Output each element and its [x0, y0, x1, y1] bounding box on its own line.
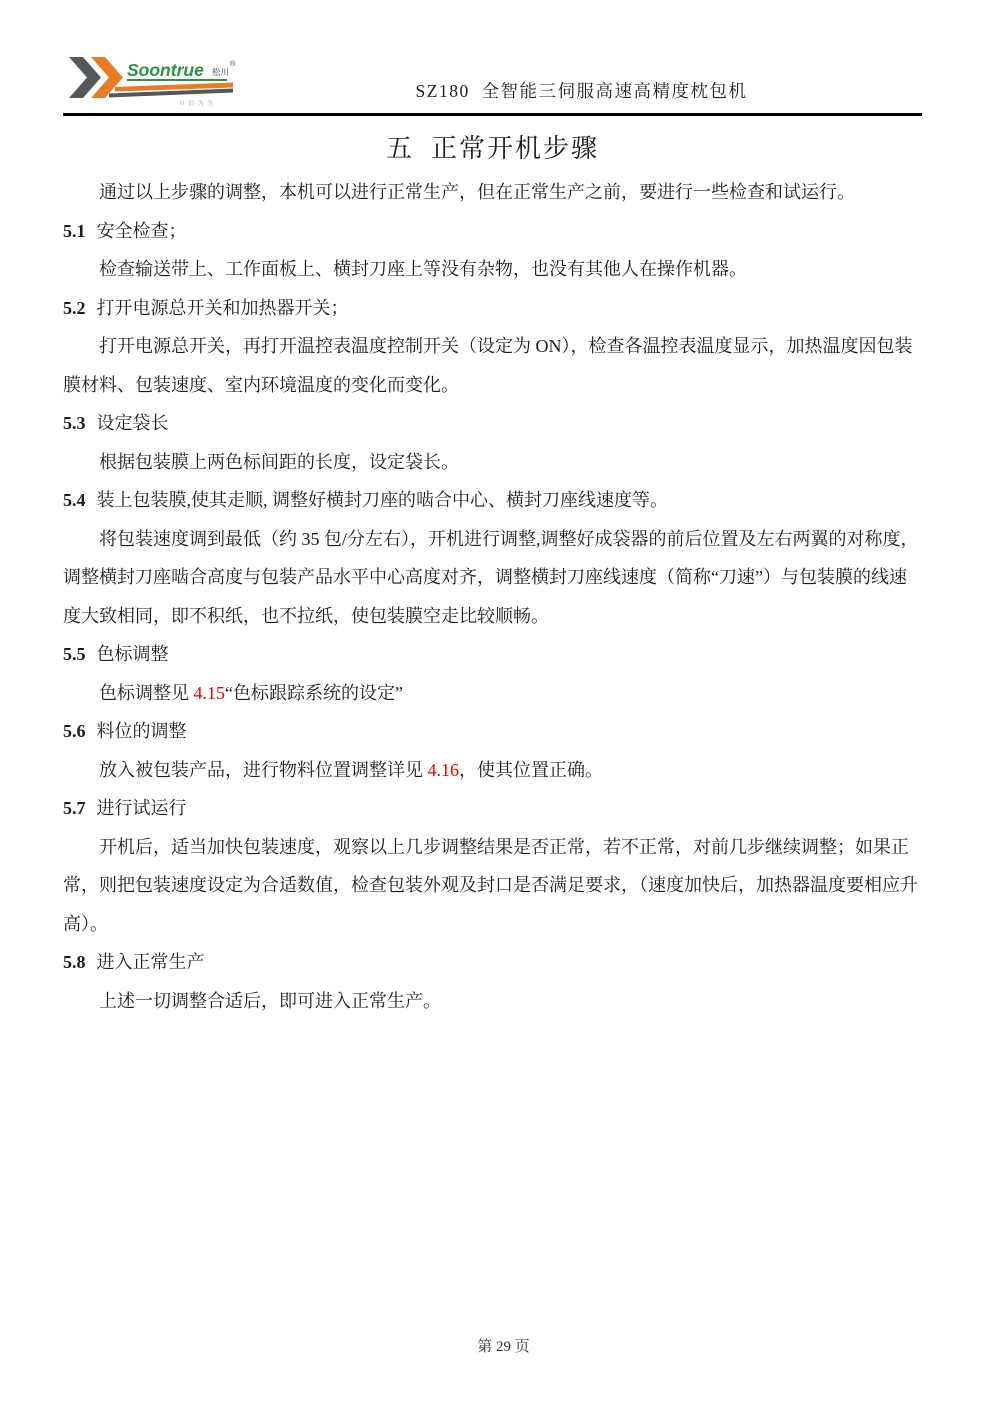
section-paragraph: 根据包装膜上两色标间距的长度，设定袋长。	[63, 443, 922, 482]
section-number: 5.8	[63, 952, 86, 972]
section-heading: 5.3设定袋长	[63, 404, 922, 443]
section-heading-text: 进入正常生产	[97, 952, 205, 972]
section-paragraph: 上述一切调整合适后，即可进入正常生产。	[63, 982, 922, 1021]
page-header: Soontrue 松川 ® 自信为生 SZ180 全智能三伺服高速高精度枕包机	[63, 52, 922, 112]
paragraph-text: 放入被包装产品，进行物料位置调整详见	[99, 760, 428, 780]
section-heading: 5.1安全检查；	[63, 212, 922, 251]
section-5-7: 5.7进行试运行 开机后，适当加快包装速度，观察以上几步调整结果是否正常，若不正…	[63, 789, 922, 943]
section-heading-text: 色标调整	[97, 644, 169, 664]
chevron-gray-icon	[69, 57, 101, 98]
section-paragraph: 打开电源总开关，再打开温控表温度控制开关（设定为 ON），检查各温控表温度显示，…	[63, 327, 922, 404]
paragraph-text: ，使其位置正确。	[459, 760, 603, 780]
section-number: 5.2	[63, 298, 86, 318]
section-heading: 5.4装上包装膜,使其走顺, 调整好横封刀座的啮合中心、横封刀座线速度等。	[63, 481, 922, 520]
section-heading-text: 安全检查；	[97, 221, 187, 241]
section-number: 5.5	[63, 644, 86, 664]
section-heading: 5.8进入正常生产	[63, 943, 922, 982]
brand-wordmark: Soontrue	[127, 60, 204, 80]
section-5-3: 5.3设定袋长 根据包装膜上两色标间距的长度，设定袋长。	[63, 404, 922, 481]
paragraph-text: “色标跟踪系统的设定”	[225, 683, 403, 703]
section-paragraph: 检查输送带上、工作面板上、横封刀座上等没有杂物，也没有其他人在操作机器。	[63, 250, 922, 289]
section-heading-text: 料位的调整	[97, 721, 187, 741]
section-paragraph: 色标调整见 4.15“色标跟踪系统的设定”	[63, 674, 922, 713]
section-number: 5.3	[63, 413, 86, 433]
page-footer: 第 29 页	[0, 1318, 992, 1373]
section-5-1: 5.1安全检查； 检查输送带上、工作面板上、横封刀座上等没有杂物，也没有其他人在…	[63, 212, 922, 289]
soontrue-logo-graphic: Soontrue 松川 ® 自信为生	[63, 52, 241, 108]
cross-reference-4-16: 4.16	[428, 760, 460, 780]
section-heading-text: 设定袋长	[97, 413, 169, 433]
section-number: 5.1	[63, 221, 86, 241]
section-heading: 5.2打开电源总开关和加热器开关；	[63, 289, 922, 328]
logo-slogan: 自信为生	[179, 99, 217, 107]
registered-mark: ®	[230, 60, 236, 68]
section-5-8: 5.8进入正常生产 上述一切调整合适后，即可进入正常生产。	[63, 943, 922, 1020]
intro-paragraph: 通过以上步骤的调整，本机可以进行正常生产，但在正常生产之前，要进行一些检查和试运…	[63, 173, 922, 212]
section-heading: 5.7进行试运行	[63, 789, 922, 828]
soontrue-logo: Soontrue 松川 ® 自信为生	[63, 52, 241, 108]
section-paragraph: 将包装速度调到最低（约 35 包/分左右），开机进行调整,调整好成袋器的前后位置…	[63, 520, 922, 636]
logo-green-underline	[127, 79, 227, 81]
section-heading: 5.5色标调整	[63, 635, 922, 674]
page-title: 五 正常开机步骤	[63, 128, 922, 165]
page-body: 通过以上步骤的调整，本机可以进行正常生产，但在正常生产之前，要进行一些检查和试运…	[63, 173, 922, 1020]
section-heading-text: 打开电源总开关和加热器开关；	[97, 298, 349, 318]
section-number: 5.6	[63, 721, 86, 741]
brand-cn-label: 松川	[212, 67, 229, 77]
section-5-2: 5.2打开电源总开关和加热器开关； 打开电源总开关，再打开温控表温度控制开关（设…	[63, 289, 922, 405]
paragraph-text: 色标调整见	[99, 683, 194, 703]
section-number: 5.7	[63, 798, 86, 818]
page-number-label: 第 29 页	[477, 1339, 530, 1355]
manual-page: Soontrue 松川 ® 自信为生 SZ180 全智能三伺服高速高精度枕包机 …	[0, 0, 992, 1403]
section-heading: 5.6料位的调整	[63, 712, 922, 751]
section-5-6: 5.6料位的调整 放入被包装产品，进行物料位置调整详见 4.16，使其位置正确。	[63, 712, 922, 789]
section-paragraph: 开机后，适当加快包装速度，观察以上几步调整结果是否正常，若不正常，对前几步继续调…	[63, 828, 922, 944]
section-number: 5.4	[63, 490, 86, 510]
cross-reference-4-15: 4.15	[194, 683, 226, 703]
section-paragraph: 放入被包装产品，进行物料位置调整详见 4.16，使其位置正确。	[63, 751, 922, 790]
doc-title: SZ180 全智能三伺服高速高精度枕包机	[241, 52, 922, 103]
header-rule	[63, 113, 922, 116]
section-5-5: 5.5色标调整 色标调整见 4.15“色标跟踪系统的设定”	[63, 635, 922, 712]
section-heading-text: 装上包装膜,使其走顺, 调整好横封刀座的啮合中心、横封刀座线速度等。	[97, 490, 669, 510]
section-heading-text: 进行试运行	[97, 798, 187, 818]
section-5-4: 5.4装上包装膜,使其走顺, 调整好横封刀座的啮合中心、横封刀座线速度等。 将包…	[63, 481, 922, 635]
